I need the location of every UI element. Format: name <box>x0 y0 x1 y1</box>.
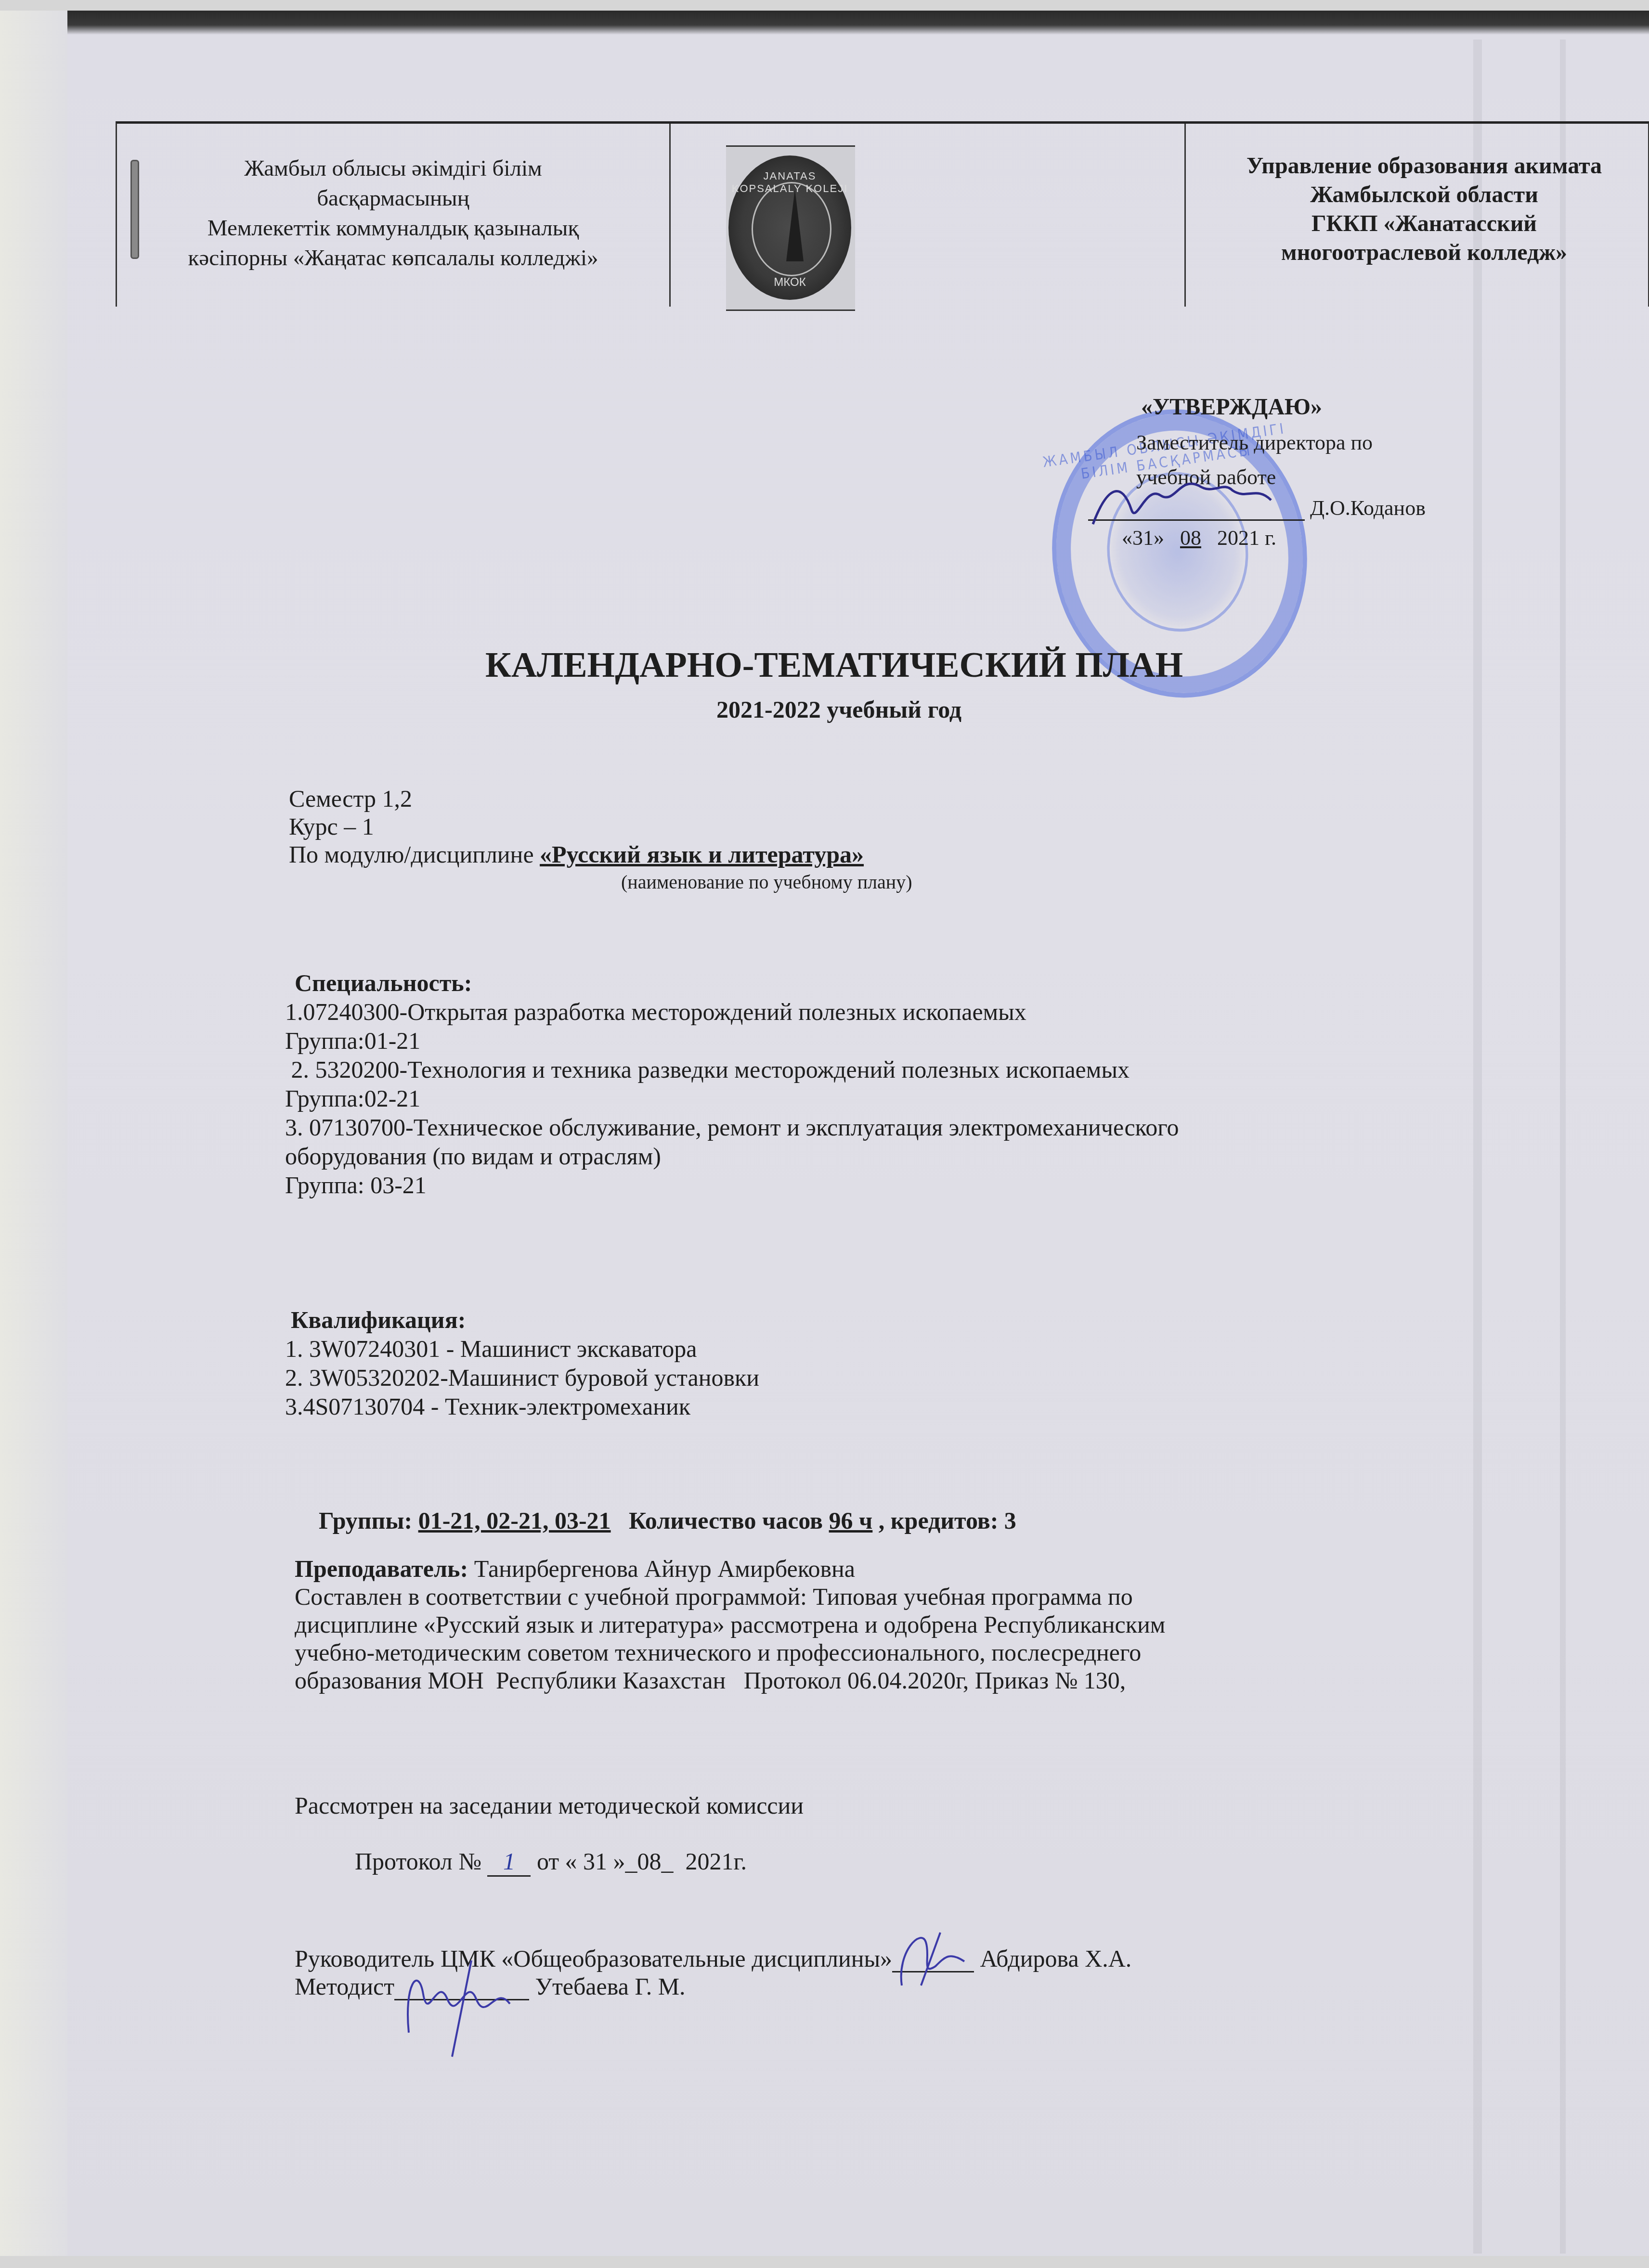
approval-date-year: 2021 г. <box>1217 526 1276 550</box>
qualification-heading: Квалификация: <box>285 1305 1609 1334</box>
college-logo: JANATAS KOPSALALY KOLEJI МКОК <box>726 145 855 311</box>
compiled-line: учебно-методическим советом технического… <box>295 1638 1595 1666</box>
group-item: Группа: 03-21 <box>285 1171 1609 1199</box>
approval-signature-row: Д.О.Коданов <box>1088 496 1570 521</box>
approval-date: «31» 08 2021 г. <box>1088 526 1570 551</box>
document-title: КАЛЕНДАРНО-ТЕМАТИЧЕСКИЙ ПЛАН <box>0 645 1649 686</box>
specialty-item: 3. 07130700-Техническое обслуживание, ре… <box>285 1113 1609 1142</box>
power-tower-icon <box>786 189 804 261</box>
course: Курс – 1 <box>289 812 1589 840</box>
protocol-date: от « 31 »_08_ 2021г. <box>531 1848 747 1875</box>
specialty-heading: Специальность: <box>285 968 1609 997</box>
hours-value: 96 ч <box>829 1507 873 1534</box>
approval-date-month: 08 <box>1180 526 1201 550</box>
org-ru-line: Управление образования акимата <box>1200 152 1648 180</box>
compiled-line: дисциплине «Русский язык и литература» р… <box>295 1611 1595 1638</box>
logo-emblem-icon: JANATAS KOPSALALY KOLEJI МКОК <box>728 155 851 300</box>
cmk-head-name: Абдирова Х.А. <box>974 1945 1131 1972</box>
org-ru-line: ГККП «Жанатасский <box>1200 209 1648 238</box>
org-kz-line: Жамбыл облысы әкімдігі білім <box>117 154 669 183</box>
qualification-item: 2. 3W05320202-Машинист буровой установки <box>285 1363 1609 1392</box>
approval-block: «УТВЕРЖДАЮ» Заместитель директора по уче… <box>1088 395 1570 551</box>
org-ru-line: многоотраслевой колледж» <box>1200 238 1648 267</box>
header-left-org: Жамбыл облысы әкімдігі білім басқармасын… <box>117 124 671 307</box>
teacher-label: Преподаватель: <box>295 1555 474 1582</box>
compiled-line: Составлен в соответствии с учебной прогр… <box>295 1583 1595 1611</box>
specialty-item: 1.07240300-Открытая разработка месторожд… <box>285 997 1609 1026</box>
group-item: Группа:02-21 <box>285 1084 1609 1113</box>
methodist-label: Методист <box>295 1973 394 2000</box>
page-edge <box>0 11 67 2256</box>
qualification-item: 3.4S07130704 - Техник-электромеханик <box>285 1392 1609 1421</box>
approval-date-day: «31» <box>1122 526 1164 550</box>
header-right-org: Управление образования акимата Жамбылско… <box>1186 124 1648 307</box>
groups-label: Группы: <box>319 1507 418 1534</box>
discipline-value: «Русский язык и литература» <box>540 841 864 868</box>
specialty-item: оборудования (по видам и отраслям) <box>285 1142 1609 1171</box>
signature-line <box>394 1980 529 2000</box>
groups-hours-row: Группы: 01-21, 02-21, 03-21 Количество ч… <box>295 1479 1595 1562</box>
org-ru-line: Жамбылской области <box>1200 180 1648 209</box>
groups-value: 01-21, 02-21, 03-21 <box>418 1507 611 1534</box>
cmk-head-label: Руководитель ЦМК «Общеобразовательные ди… <box>295 1945 892 1972</box>
compiled-line: образования МОН Республики Казахстан Про… <box>295 1666 1595 1694</box>
signatures-section: Руководитель ЦМК «Общеобразовательные ди… <box>295 1945 1595 2000</box>
approver-name: Д.О.Коданов <box>1310 496 1426 520</box>
logo-top-text: JANATAS KOPSALALY KOLEJI <box>728 170 851 195</box>
course-info: Семестр 1,2 Курс – 1 По модулю/дисциплин… <box>289 785 1589 896</box>
org-kz-line: басқармасының <box>117 183 669 213</box>
scan-top-shadow <box>67 11 1649 35</box>
protocol-prefix: Протокол № <box>355 1848 487 1875</box>
binder-clip-icon <box>130 160 139 259</box>
signature-line <box>892 1952 974 1972</box>
academic-year: 2021-2022 учебный год <box>0 696 1649 723</box>
teacher-name: Танирбергенова Айнур Амирбековна <box>474 1555 855 1582</box>
signature-line <box>1088 500 1305 521</box>
teacher-section: Преподаватель: Танирбергенова Айнур Амир… <box>295 1555 1595 1694</box>
group-item: Группа:01-21 <box>285 1026 1609 1055</box>
hours-label: Количество часов <box>611 1507 829 1534</box>
qualification-section: Квалификация: 1. 3W07240301 - Машинист э… <box>285 1305 1609 1421</box>
specialty-item: 2. 5320200-Технология и техника разведки… <box>285 1055 1609 1084</box>
approval-position: учебной работе <box>1088 465 1570 490</box>
discipline-row: По модулю/дисциплине «Русский язык и лит… <box>289 840 1589 868</box>
specialty-section: Специальность: 1.07240300-Открытая разра… <box>285 968 1609 1199</box>
org-kz-line: кәсіпорны «Жаңатас көпсалалы колледжі» <box>117 243 669 273</box>
qualification-item: 1. 3W07240301 - Машинист экскаватора <box>285 1334 1609 1363</box>
approval-title: «УТВЕРЖДАЮ» <box>1088 395 1570 420</box>
logo-bottom-text: МКОК <box>728 276 851 289</box>
approval-position: Заместитель директора по <box>1088 430 1570 455</box>
commission-section: Рассмотрен на заседании методической ком… <box>295 1791 1595 1905</box>
discipline-note: (наименование по учебному плану) <box>289 868 1589 896</box>
protocol-number: 1 <box>487 1847 531 1877</box>
org-kz-line: Мемлекеттік коммуналдық қазыналық <box>117 213 669 243</box>
header-table: Жамбыл облысы әкімдігі білім басқармасын… <box>116 121 1649 307</box>
discipline-label: По модулю/дисциплине <box>289 841 540 868</box>
methodist-name: Утебаева Г. М. <box>529 1973 686 2000</box>
commission-line: Рассмотрен на заседании методической ком… <box>295 1791 1595 1819</box>
semester: Семестр 1,2 <box>289 785 1589 812</box>
credits-label: , кредитов: 3 <box>872 1507 1016 1534</box>
header-logo-cell: JANATAS KOPSALALY KOLEJI МКОК <box>671 124 1186 307</box>
